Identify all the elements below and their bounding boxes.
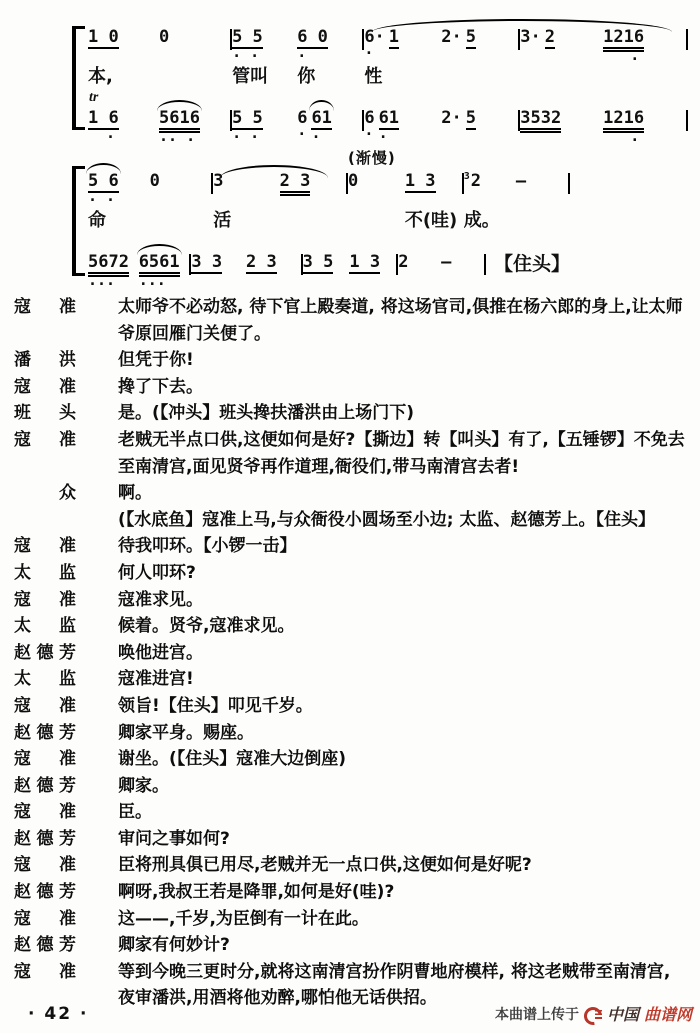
music-system-1: 1 0 0 5 5. .6 0. 6·. 1 2· 5 3· 2 1216 . … [72,16,700,140]
note-group: 0 [150,172,160,197]
speaker-name: 太监 [14,560,76,587]
beat-cell: 2 [398,253,441,278]
beat-cell: 6561... [139,253,190,284]
grace-note: 3 [464,171,470,182]
dialogue-text: 审问之事如何? [118,826,690,853]
dialogue-text: 啊呀,我叔王若是降罪,如何是好(哇)? [118,879,690,906]
beat-cell: 1 3 [405,172,462,200]
site-logo-icon [584,1006,602,1022]
dialogue-line: 寇准臣将刑具俱已用尽,老贼并无一点口供,这便如何是好呢? [14,852,690,879]
speaker-name: 寇准 [14,587,76,614]
dialogue-text: 卿家平身。赐座。 [118,720,690,747]
watermark-text: 本曲谱上传于 [495,1004,579,1024]
measure: 5 6. .0 [88,172,211,200]
beat-cell: 1 3 [349,253,396,281]
beat-cell: 1216 . [603,109,686,140]
beat-cell: 3 3 [191,253,246,281]
speaker-name: 寇准 [14,852,76,879]
note-group: — [516,172,526,197]
dialogue-line: 寇准这——,千岁,为臣倒有一计在此。 [14,906,690,933]
beat-cell: 6 0. [297,28,362,56]
accompaniment-row: 5672... 6561... 3 3 2 3 3 5 1 3 2 — 【住头】 [88,237,570,284]
dialogue-line: 寇准太师爷不必动怒, 待下官上殿奏道, 将这场官司,俱推在杨六郎的身上,让太师爷… [14,294,690,347]
dialogue-text: 搀了下去。 [118,374,690,401]
dialogue-text: 臣。 [118,799,690,826]
measure: 5 5. .6 0. [232,28,362,56]
dialogue-line: 寇准领旨!【住头】叩见千岁。 [14,693,690,720]
lyric-measure: 不(哇) [348,206,462,237]
lyric-syllable: 管叫 [232,62,297,93]
lyric-measure: 命 [88,206,211,237]
speaker-name: 赵德芳 [14,640,76,667]
lyrics-row: 命活不(哇)成。 [88,206,570,237]
barline [686,29,688,50]
melody-row: 1 0 0 5 5. .6 0. 6·. 1 2· 5 3· 2 1216 . [88,16,688,59]
note-group: 1 [389,28,399,56]
speaker-name: 太监 [14,613,76,640]
dialogue-text: 这——,千岁,为臣倒有一计在此。 [118,906,690,933]
measure: 3 3 2 3 [191,253,300,281]
dialogue-text: 臣将刑具俱已用尽,老贼并无一点口供,这便如何是好呢? [118,852,690,879]
barline [568,173,570,194]
note-group: 2· [441,109,461,134]
note-group: 3532 [520,109,561,140]
measure: 3 5 1 3 [303,253,397,281]
system-body: 5 6. .0 3 2 3 0 1 3 32 — 命活不(哇)成。 5672..… [88,160,570,284]
page-number: · 42 · [28,1004,88,1024]
sheet-page: 1 0 0 5 5. .6 0. 6·. 1 2· 5 3· 2 1216 . … [0,0,700,1033]
beat-cell: 5616.. . [159,109,230,140]
barline [686,110,688,131]
beat-cell: 2· 5 [441,109,518,137]
beat-cell: 3 5 [303,253,350,281]
lyric-syllable [516,206,568,237]
speaker-name: 寇准 [14,906,76,933]
beat-cell: 6·. 1 [364,28,441,56]
note-group: 1 0 [88,28,119,56]
dialogue-line: 赵德芳卿家有何妙计? [14,932,690,959]
measure: 3532 1216 . [520,109,686,140]
note-group: 6 0. [297,28,328,56]
lyric-syllable [150,206,212,237]
dialogue-text: 太师爷不必动怒, 待下官上殿奏道, 将这场官司,俱推在杨六郎的身上,让太师爷原回… [118,294,690,347]
beat-cell: 5672... [88,253,139,284]
measure: 6.61. 2· 5 [364,109,518,137]
lyric-syllable [520,62,603,93]
dialogue-line: 寇准臣。 [14,799,690,826]
note-group: 6. [297,109,307,134]
speaker-name: 寇准 [14,799,76,826]
dialogue-line: 赵德芳卿家平身。赐座。 [14,720,690,747]
dialogue-line: 寇准搀了下去。 [14,374,690,401]
note-group: 5 [466,109,476,137]
dialogue-text: 老贼无半点口供,这便如何是好?【撕边】转【叫头】有了,【五锤锣】不免去至南清宫,… [118,427,690,480]
note-group: — [441,253,451,278]
speaker-name: 寇准 [14,693,76,720]
dialogue-text: 但凭于你! [118,347,690,374]
beat-cell: tr1 6 . [88,109,159,140]
beat-cell: 5 5. . [232,109,297,137]
note-group: 61. [311,109,331,137]
dialogue-text: 是。(【冲头】班头搀扶潘洪由上场门下) [118,400,690,427]
lyric-syllable: 性 [364,62,441,93]
lyric-measure: 活 [213,206,346,237]
note-group: 1216 . [603,28,644,59]
dialogue-line: 寇准寇准求见。 [14,587,690,614]
lyric-measure: 成。 [464,206,568,237]
watermark-site-name: 曲谱网 [644,1002,692,1025]
luogu-label: 【住头】 [494,253,570,275]
note-group: 1 3 [405,172,436,200]
lyric-syllable: 命 [88,206,150,237]
dialogue-text: 领旨!【住头】叩见千岁。 [118,693,690,720]
note-group: 5 5. . [232,109,263,137]
note-group: 3 3 [191,253,222,281]
speaker-name: 赵德芳 [14,773,76,800]
dialogue-text: 何人叩环? [118,560,690,587]
note-group: 2 3 [246,253,277,281]
lyric-syllable: 你 [297,62,362,93]
note-group: tr1 6 . [88,109,119,137]
system-bracket [72,26,85,130]
measure: 0 1 3 [348,172,462,200]
speaker-name: 潘洪 [14,347,76,374]
dialogue-text: 卿家有何妙计? [118,932,690,959]
beat-cell: — [516,172,568,200]
beat-cell: 3 [213,172,279,203]
dialogue-text: 寇准求见。 [118,587,690,614]
measure: 32 — [464,172,568,200]
dialogue-text: 卿家。 [118,773,690,800]
beat-cell: 1216 . [603,28,686,59]
measure: 2 — [398,253,484,278]
note-group: 0 [348,172,358,197]
note-group: 5 [466,28,476,56]
speaker-name [14,507,76,534]
dialogue-line: 太监何人叩环? [14,560,690,587]
dialogue-line: 赵德芳唤他进宫。 [14,640,690,667]
note-group: 1216 . [603,109,644,140]
lyric-syllable [441,62,518,93]
dialogue-text: 啊。 [118,480,690,507]
lyric-measure: 性 [364,62,518,93]
speaker-name: 赵德芳 [14,720,76,747]
beat-cell: 5 6. . [88,172,150,200]
beat-cell: 5 5. . [232,28,297,56]
dialogue-text: 寇准进宫! [118,666,690,693]
note-group: 2 3 [280,172,311,203]
lyric-syllable: 不(哇) [405,206,462,237]
lyric-syllable [280,206,346,237]
beat-cell: 0 [159,28,230,56]
note-group: 5 6. . [88,172,119,200]
dialogue-text: 待我叩环。【小锣一击】 [118,533,690,560]
dialogue-text: 唤他进宫。 [118,640,690,667]
note-group: 2 [398,253,408,278]
note-group: 3 [213,172,223,197]
speaker-name: 寇准 [14,294,76,347]
note-group: 61. [379,109,399,137]
measure: 6·. 1 2· 5 [364,28,518,56]
dialogue-line: 班头是。(【冲头】班头搀扶潘洪由上场门下) [14,400,690,427]
accompaniment-row: tr1 6 .5616.. .5 5. .6.61. 6.61. 2· 5 35… [88,93,688,140]
lyric-measure [520,62,686,93]
dialogue: 寇准太师爷不必动怒, 待下官上殿奏道, 将这场官司,俱推在杨六郎的身上,让太师爷… [14,294,690,1012]
dialogue-line: 太监寇准进宫! [14,666,690,693]
beat-cell: 3· 2 [520,28,603,59]
beat-cell: 6.61. [297,109,362,137]
beat-cell: 2 3 [246,253,301,281]
beat-cell: 6.61. [364,109,441,137]
watermark: 本曲谱上传于 中国 曲谱网 [495,1002,692,1025]
measure: 3· 2 1216 . [520,28,686,59]
lyrics-row: 本,管叫你性 [88,62,688,93]
measure: tr1 6 .5616.. . [88,109,230,140]
note-group: 5672... [88,253,129,284]
beat-cell: 0 [348,172,405,200]
beat-cell: 2· 5 [441,28,518,56]
system-bracket [72,166,85,276]
note-group: 5 5. . [232,28,263,56]
lyric-syllable [159,62,230,93]
dialogue-line: 寇准老贼无半点口供,这便如何是好?【撕边】转【叫头】有了,【五锤锣】不免去至南清… [14,427,690,480]
speaker-name: 赵德芳 [14,879,76,906]
speaker-name: 寇准 [14,746,76,773]
lyric-syllable [348,206,405,237]
note-group: 5616.. . [159,109,200,140]
dialogue-text: (【水底鱼】寇准上马,与众衙役小圆场至小边; 太监、赵德芳上。【住头】 [118,507,690,534]
speaker-name: 寇准 [14,533,76,560]
lyric-syllable: 成。 [464,206,516,237]
speaker-name: 班头 [14,400,76,427]
lyric-syllable: 活 [213,206,279,237]
beat-cell: 1 0 [88,28,159,56]
beat-cell: 3532 [520,109,603,140]
measure: 1 0 0 [88,28,230,56]
beat-cell: 2 3 [280,172,346,203]
dialogue-line: 寇准谢坐。(【住头】寇准大边倒座) [14,746,690,773]
dialogue-text: 候着。贤爷,寇准求见。 [118,613,690,640]
lyric-syllable: 本, [88,62,159,93]
measure: 5 5. .6.61. [232,109,362,137]
dialogue-line: (【水底鱼】寇准上马,与众衙役小圆场至小边; 太监、赵德芳上。【住头】 [14,507,690,534]
music-system-2: (渐慢) 5 6. .0 3 2 3 0 1 3 32 — 命活不(哇)成。 5… [72,160,700,284]
beat-cell: 0 [150,172,212,200]
note-group: 2 [545,28,555,56]
speaker-name: 赵德芳 [14,932,76,959]
speaker-name: 寇准 [14,374,76,401]
lyric-measure: 本, [88,62,230,93]
speaker-name: 寇准 [14,427,76,480]
note-group: 32 [464,172,481,200]
note-group: 0 [159,28,169,53]
beat-cell: 32 [464,172,516,200]
dialogue-line: 赵德芳啊呀,我叔王若是降罪,如何是好(哇)? [14,879,690,906]
speaker-name: 众 [14,480,76,507]
dialogue-line: 寇准待我叩环。【小锣一击】 [14,533,690,560]
measure: 5672... 6561... [88,253,189,284]
watermark-site-cn: 中国 [607,1002,639,1025]
dialogue-line: 赵德芳审问之事如何? [14,826,690,853]
dialogue-line: 赵德芳卿家。 [14,773,690,800]
dialogue-line: 太监候着。贤爷,寇准求见。 [14,613,690,640]
lyric-measure: 管叫你 [232,62,362,93]
note-group: 1 3 [349,253,380,281]
barline [484,254,486,275]
melody-row: 5 6. .0 3 2 3 0 1 3 32 — [88,160,570,203]
note-group: 6. [364,109,374,134]
note-group: 6561... [139,253,180,284]
note-group: 3 5 [303,253,334,281]
note-group: 3· [520,28,540,53]
system-body: 1 0 0 5 5. .6 0. 6·. 1 2· 5 3· 2 1216 . … [88,16,688,140]
note-group: 6·. [364,28,384,53]
measure: 3 2 3 [213,172,346,203]
trill-mark: tr [89,90,98,106]
speaker-name: 赵德芳 [14,826,76,853]
dialogue-line: 潘洪但凭于你! [14,347,690,374]
dialogue-line: 众啊。 [14,480,690,507]
lyric-syllable [603,62,686,93]
dialogue-text: 谢坐。(【住头】寇准大边倒座) [118,746,690,773]
note-group: 2· [441,28,461,53]
beat-cell: — [441,253,484,278]
speaker-name: 太监 [14,666,76,693]
